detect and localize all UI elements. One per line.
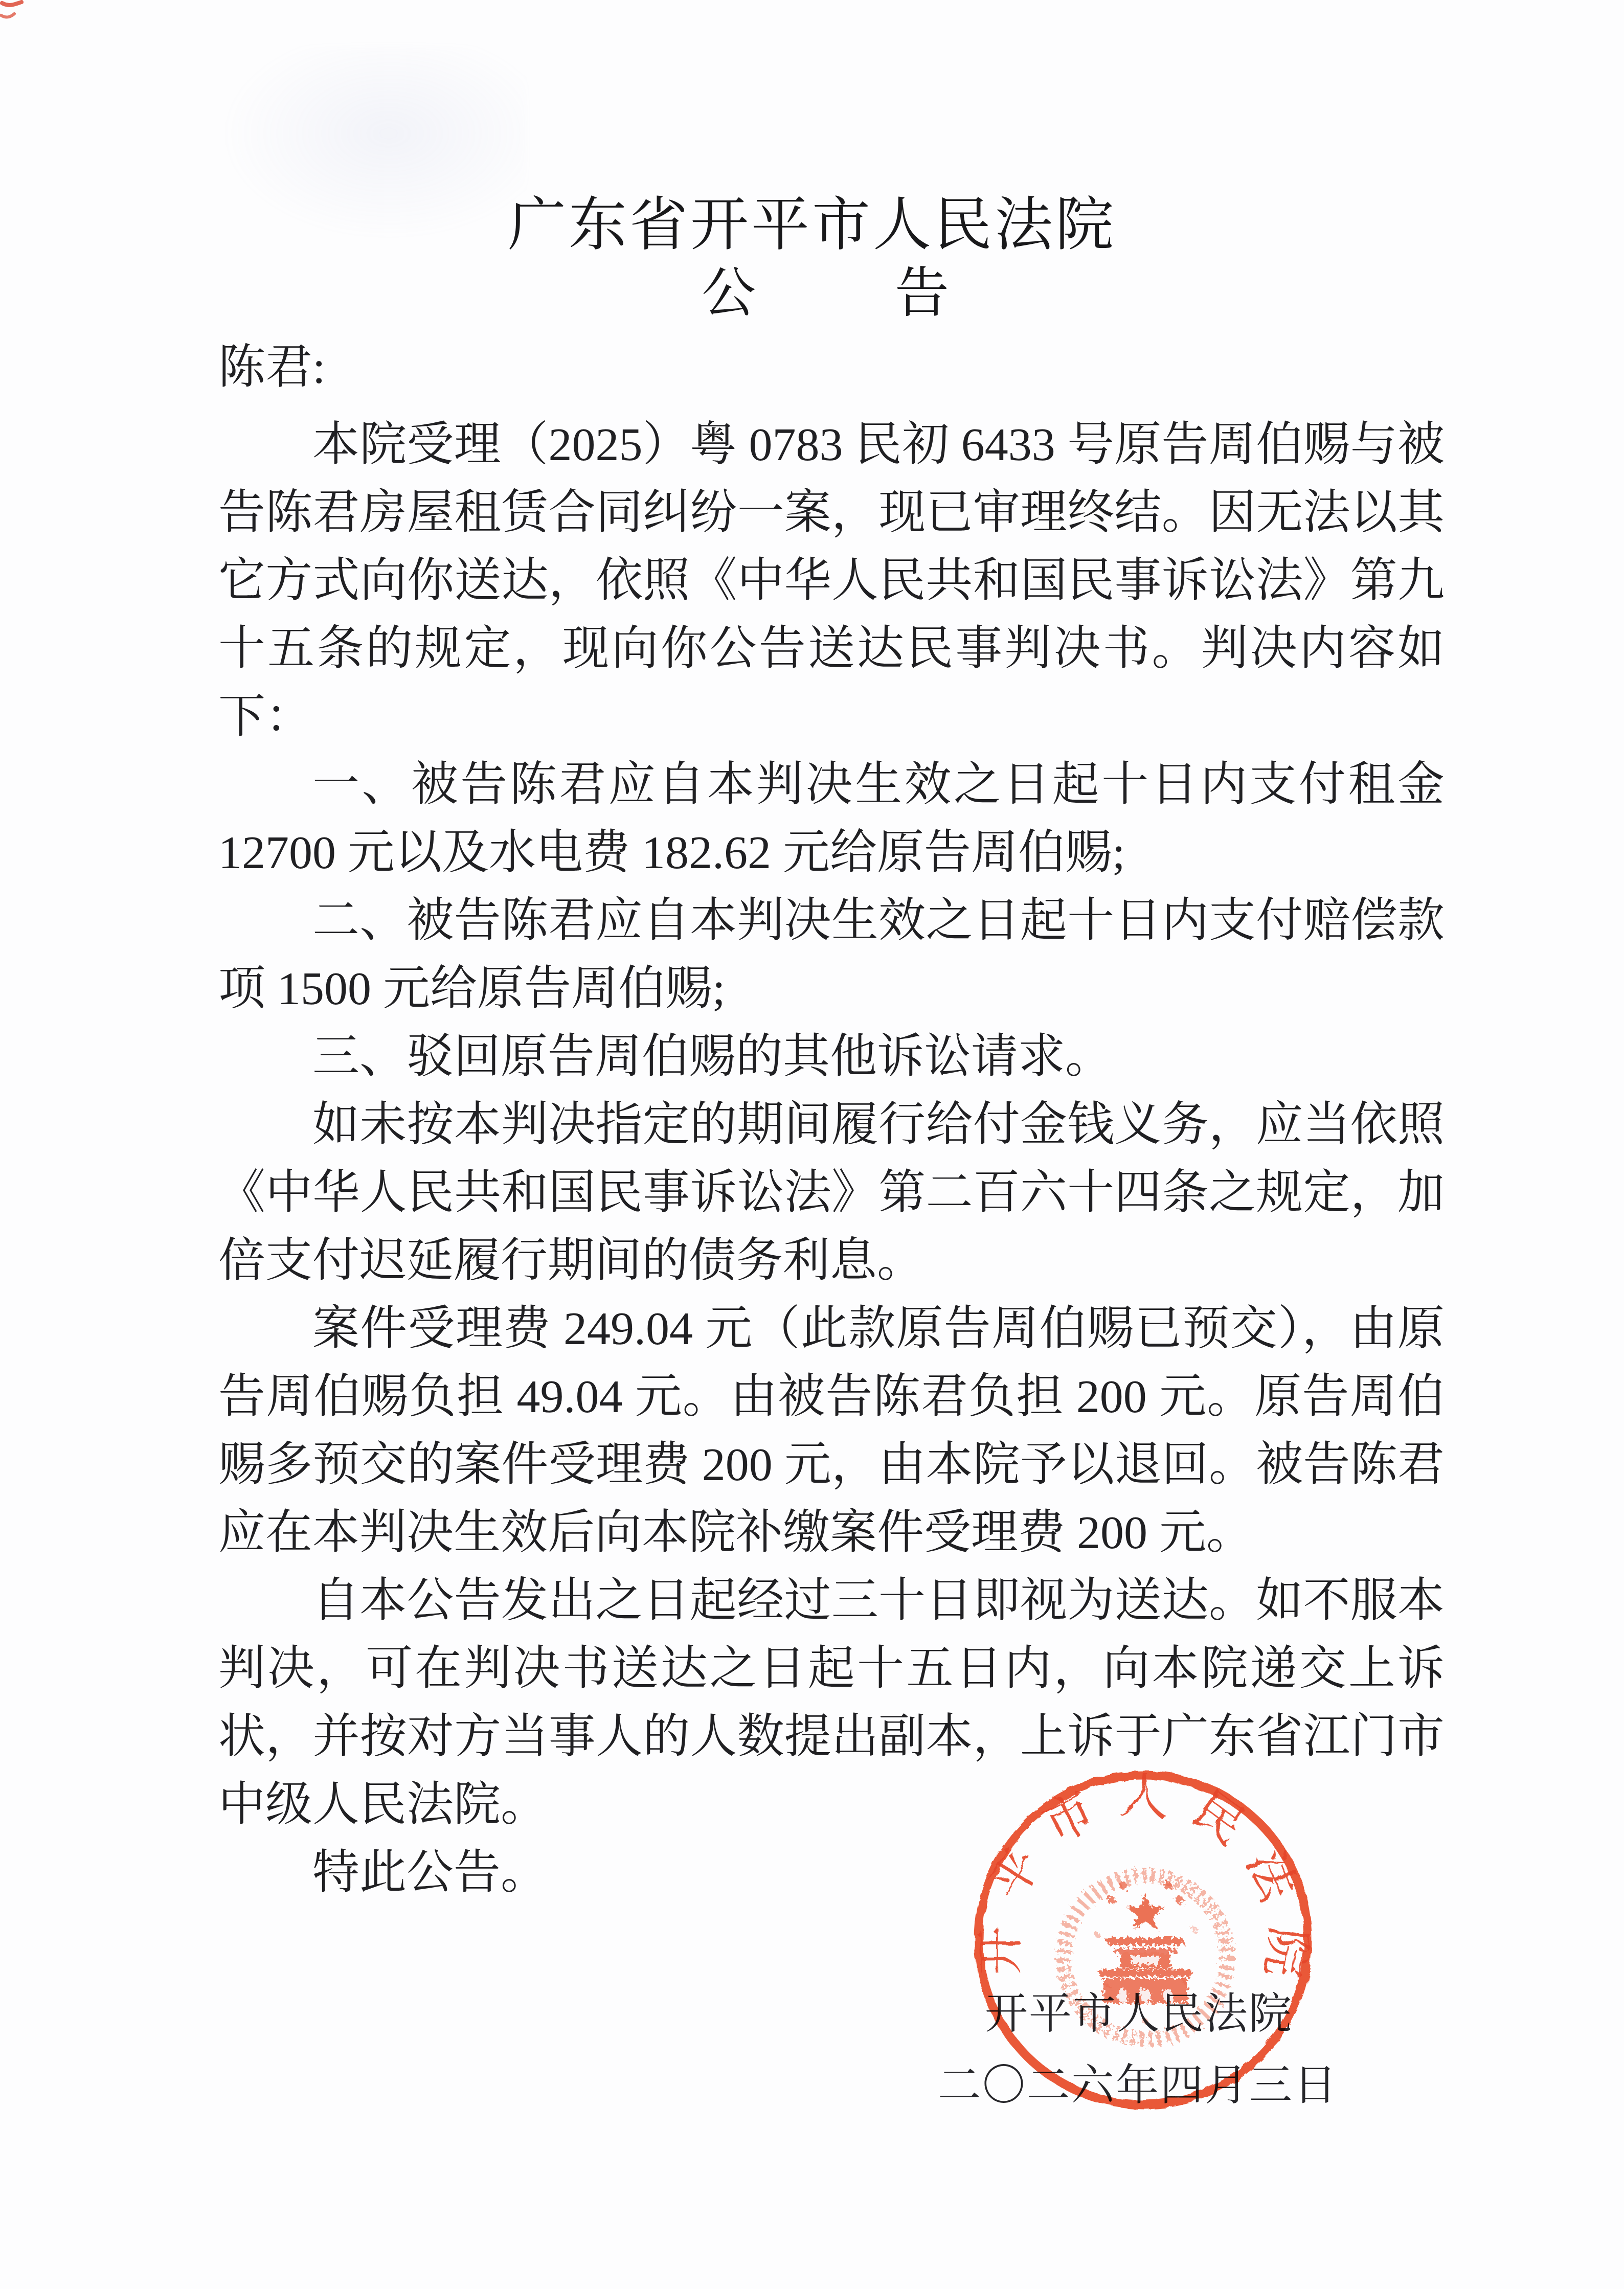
closing-line: 特此公告。	[218, 1839, 1445, 1907]
announcement-char-2: 告	[895, 264, 949, 324]
announcement-heading: 公 告	[13, 264, 1624, 324]
body-paragraph: 如未按本判决指定的期间履行给付金钱义务，应当依照《中华人民共和国民事诉讼法》第二…	[218, 1091, 1445, 1295]
body-paragraph: 自本公告发出之日起经过三十日即视为送达。如不服本判决，可在判决书送达之日起十五日…	[218, 1567, 1445, 1839]
body-paragraph: 三、驳回原告周伯赐的其他诉讼请求。	[218, 1023, 1445, 1091]
document-page: 广东省开平市人民法院 公 告 陈君: 本院受理（2025）粤 0783 民初 6…	[0, 0, 1624, 2289]
body-paragraph: 一、被告陈君应自本判决生效之日起十日内支付租金 12700 元以及水电费 182…	[218, 751, 1445, 887]
body-paragraph: 二、被告陈君应自本判决生效之日起十日内支付赔偿款项 1500 元给原告周伯赐;	[218, 887, 1445, 1023]
page-title: 广东省开平市人民法院	[0, 193, 1624, 256]
salutation: 陈君:	[218, 333, 1445, 401]
announcement-char-1: 公	[702, 264, 756, 324]
scan-artifact	[0, 0, 36, 31]
document-body: 陈君: 本院受理（2025）粤 0783 民初 6433 号原告周伯赐与被告陈君…	[218, 333, 1445, 1907]
court-signature: 开平市人民法院	[985, 1991, 1293, 2038]
issue-date: 二〇二六年四月三日	[938, 2063, 1338, 2110]
body-paragraph: 本院受理（2025）粤 0783 民初 6433 号原告周伯赐与被告陈君房屋租赁…	[218, 411, 1445, 751]
body-paragraph: 案件受理费 249.04 元（此款原告周伯赐已预交），由原告周伯赐负担 49.0…	[218, 1295, 1445, 1567]
